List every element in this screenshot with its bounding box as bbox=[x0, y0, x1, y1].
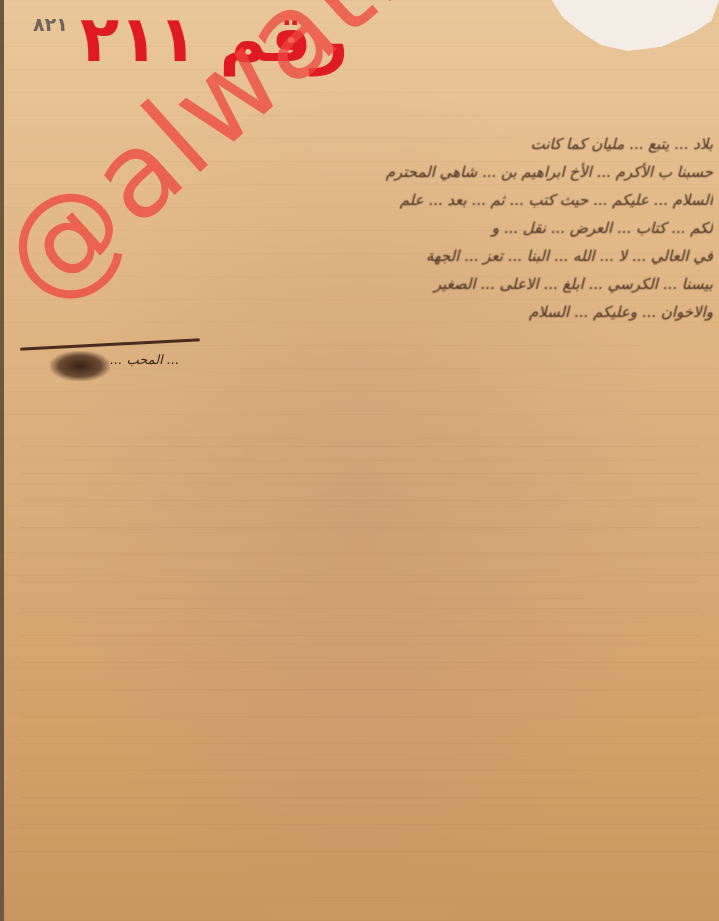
signature-seal: ... المحب ... bbox=[20, 335, 200, 395]
scan-edge bbox=[0, 0, 4, 921]
page-stamp: ٨٢١ bbox=[33, 14, 68, 36]
signature-text: ... المحب ... bbox=[110, 353, 179, 368]
manuscript-line: والاخوان ... وعليكم ... السلام bbox=[8, 298, 713, 326]
faded-bleedthrough bbox=[20, 420, 699, 852]
signature-stroke bbox=[20, 338, 200, 350]
ink-seal bbox=[50, 351, 110, 381]
